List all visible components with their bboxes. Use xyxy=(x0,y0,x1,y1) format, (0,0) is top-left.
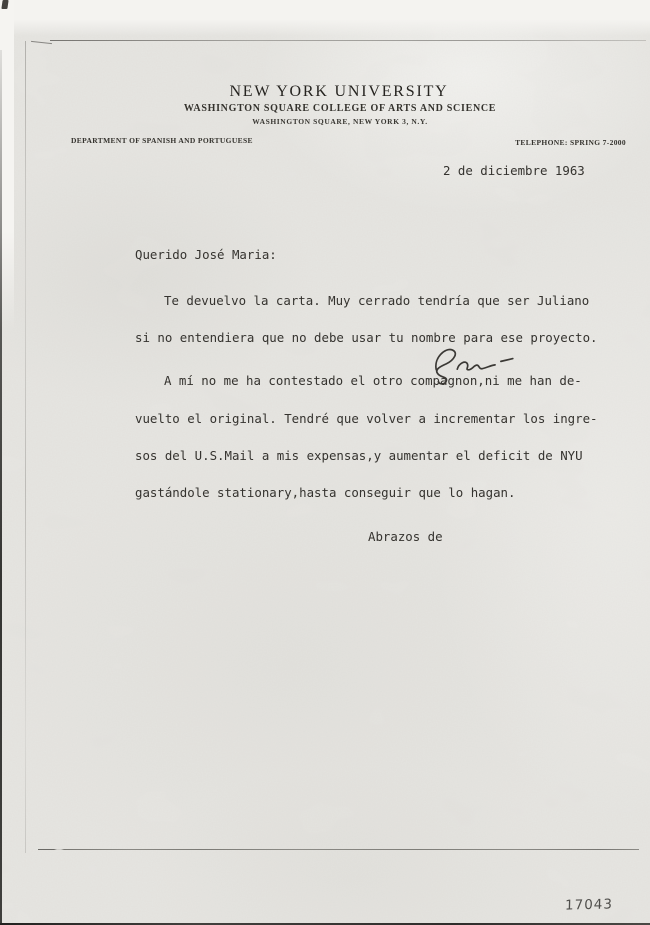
body-line: gastándole stationary,hasta conseguir qu… xyxy=(135,487,605,499)
letterhead-telephone: TELEPHONE: SPRING 7-2000 xyxy=(515,138,626,147)
body-line: vuelto el original. Tendré que volver a … xyxy=(135,413,605,425)
archive-number: 17043 xyxy=(565,896,613,913)
letterhead-department: DEPARTMENT OF SPANISH AND PORTUGUESE xyxy=(71,136,253,145)
body-line: si no entendiera que no debe usar tu nom… xyxy=(135,332,605,344)
letterhead-college-name: WASHINGTON SQUARE COLLEGE OF ARTS AND SC… xyxy=(0,103,650,114)
letter-left-edge-crease xyxy=(25,41,26,853)
letter-top-edge-line-curl xyxy=(31,41,52,44)
handwritten-signature-icon xyxy=(423,341,517,388)
letter-body: Querido José Maria: Te devuelvo la carta… xyxy=(135,224,605,568)
scan-corner-smudge xyxy=(1,0,8,9)
scanned-letter-page: NEW YORK UNIVERSITY WASHINGTON SQUARE CO… xyxy=(0,0,650,925)
scan-top-light-band xyxy=(0,0,650,36)
body-line: sos del U.S.Mail a mis expensas,y aument… xyxy=(135,450,605,462)
letter-date: 2 de diciembre 1963 xyxy=(443,165,585,177)
scan-left-light-strip xyxy=(0,0,14,330)
body-line: Te devuelvo la carta. Muy cerrado tendrí… xyxy=(135,295,605,307)
scan-left-dark-edge xyxy=(0,50,2,925)
letterhead-university-name: NEW YORK UNIVERSITY xyxy=(0,83,650,101)
bottom-horizontal-rule xyxy=(38,849,639,850)
letter-closing: Abrazos de xyxy=(368,531,605,543)
body-line: A mí no me ha contestado el otro compagn… xyxy=(135,375,605,387)
letter-salutation: Querido José Maria: xyxy=(135,249,605,261)
letter-top-edge-line xyxy=(50,40,646,41)
letterhead-address: WASHINGTON SQUARE, NEW YORK 3, N.Y. xyxy=(0,117,650,126)
